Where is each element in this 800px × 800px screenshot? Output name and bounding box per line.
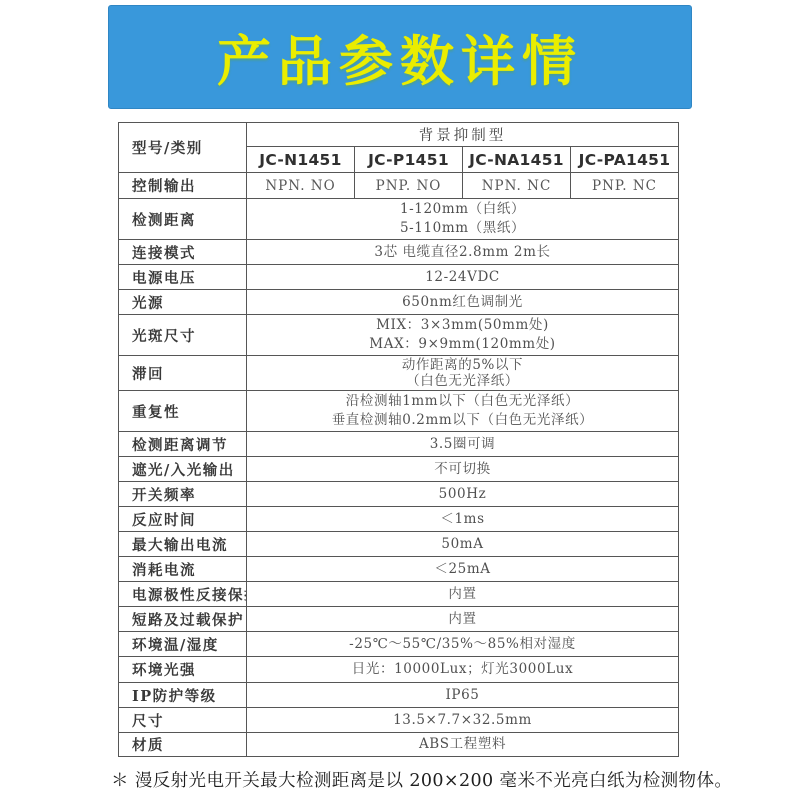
spec-value-cell: 650nm红色调制光	[247, 290, 679, 315]
spec-value-line: 垂直检测轴0.2mm以下（白色无光泽纸）	[251, 411, 674, 430]
spec-value-cell: 50mA	[247, 532, 679, 557]
spec-value-cell: 动作距离的5%以下 （白色无光泽纸）	[247, 356, 679, 391]
spec-value-line: 1-120mm（白纸）	[251, 200, 674, 219]
spec-label-cell: 光斑尺寸	[119, 315, 247, 356]
model-name-cell: JC-NA1451	[463, 147, 571, 173]
spec-value-cell: ABS工程塑料	[247, 733, 679, 757]
spec-value-line: 内置	[251, 585, 674, 604]
spec-value-line: 不可切换	[251, 460, 674, 479]
spec-value-line: 沿检测轴1mm以下（白色无光泽纸）	[251, 392, 674, 411]
spec-value-line: MIX：3×3mm(50mm处)	[251, 316, 674, 335]
spec-label-cell: 材质	[119, 733, 247, 757]
spec-value-cell: 500Hz	[247, 482, 679, 507]
spec-label-cell: 控制输出	[119, 173, 247, 199]
spec-value-cell: 沿检测轴1mm以下（白色无光泽纸） 垂直检测轴0.2mm以下（白色无光泽纸）	[247, 391, 679, 432]
spec-label-cell: 尺寸	[119, 708, 247, 733]
spec-value-cell: 3芯 电缆直径2.8mm 2m长	[247, 240, 679, 265]
spec-label-cell: 光源	[119, 290, 247, 315]
spec-label-cell: 型号/类别	[119, 123, 247, 173]
spec-value-cell: ＜25mA	[247, 557, 679, 582]
spec-label-cell: 开关频率	[119, 482, 247, 507]
banner: 产品参数详情	[108, 5, 692, 109]
footnote-text: ＊ 漫反射光电开关最大检测距离是以 200×200 毫米不光亮白纸为检测物体。	[111, 771, 732, 791]
spec-value-cell: 日光：10000Lux；灯光3000Lux	[247, 657, 679, 683]
spec-label-cell: 反应时间	[119, 507, 247, 532]
spec-value-line: （白色无光泽纸）	[251, 373, 674, 389]
spec-label-cell: 环境温/湿度	[119, 632, 247, 657]
spec-label-cell: 电源电压	[119, 265, 247, 290]
spec-value-cell: 内置	[247, 607, 679, 632]
spec-value-line: 500Hz	[251, 485, 674, 504]
spec-value-cell: ＜1ms	[247, 507, 679, 532]
spec-label-cell: 重复性	[119, 391, 247, 432]
spec-label-cell: 连接模式	[119, 240, 247, 265]
spec-table: 型号/类别 背景抑制型 JC-N1451 JC-P1451 JC-NA1451 …	[118, 122, 679, 757]
spec-label-cell: 消耗电流	[119, 557, 247, 582]
spec-label-cell: 短路及过载保护	[119, 607, 247, 632]
spec-label-cell: 环境光强	[119, 657, 247, 683]
model-name-cell: JC-N1451	[247, 147, 355, 173]
spec-label-cell: 遮光/入光输出	[119, 457, 247, 482]
spec-value-cell: NPN. NC	[463, 173, 571, 199]
spec-value-cell: 3.5圈可调	[247, 432, 679, 457]
model-name-cell: JC-P1451	[355, 147, 463, 173]
spec-label-cell: 检测距离	[119, 199, 247, 240]
spec-value-line: 13.5×7.7×32.5mm	[251, 711, 674, 730]
spec-value-line: 5-110mm（黑纸）	[251, 219, 674, 238]
spec-value-line: MAX：9×9mm(120mm处)	[251, 335, 674, 354]
spec-value-line: 日光：10000Lux；灯光3000Lux	[251, 660, 674, 679]
spec-value-line: 650nm红色调制光	[251, 293, 674, 312]
spec-label-cell: 最大输出电流	[119, 532, 247, 557]
spec-value-line: 50mA	[251, 535, 674, 554]
spec-value-cell: PNP. NC	[571, 173, 679, 199]
spec-value-line: 3芯 电缆直径2.8mm 2m长	[251, 243, 674, 262]
spec-value-line: -25℃～55℃/35%～85%相对湿度	[251, 635, 674, 654]
spec-value-line: IP65	[251, 686, 674, 705]
spec-label-cell: IP防护等级	[119, 683, 247, 708]
spec-value-cell: PNP. NO	[355, 173, 463, 199]
spec-label-cell: 电源极性反接保护	[119, 582, 247, 607]
spec-value-line: 12-24VDC	[251, 268, 674, 287]
spec-value-line: ＜1ms	[251, 510, 674, 529]
spec-value-cell: IP65	[247, 683, 679, 708]
spec-value-cell: -25℃～55℃/35%～85%相对湿度	[247, 632, 679, 657]
model-category-cell: 背景抑制型	[247, 123, 679, 147]
spec-value-cell: 不可切换	[247, 457, 679, 482]
footnote: ＊ 漫反射光电开关最大检测距离是以 200×200 毫米不光亮白纸为检测物体。	[111, 767, 791, 792]
spec-value-line: 动作距离的5%以下	[251, 357, 674, 373]
spec-value-cell: 13.5×7.7×32.5mm	[247, 708, 679, 733]
spec-value-line: 内置	[251, 610, 674, 629]
spec-value-line: ＜25mA	[251, 560, 674, 579]
spec-value-cell: 内置	[247, 582, 679, 607]
spec-value-line: ABS工程塑料	[251, 735, 674, 754]
spec-value-line: 3.5圈可调	[251, 435, 674, 454]
spec-value-cell: MIX：3×3mm(50mm处) MAX：9×9mm(120mm处)	[247, 315, 679, 356]
model-name-cell: JC-PA1451	[571, 147, 679, 173]
banner-title: 产品参数详情	[217, 19, 583, 96]
spec-value-cell: 12-24VDC	[247, 265, 679, 290]
spec-label-cell: 检测距离调节	[119, 432, 247, 457]
spec-value-cell: 1-120mm（白纸） 5-110mm（黑纸）	[247, 199, 679, 240]
spec-label-cell: 滞回	[119, 356, 247, 391]
spec-value-cell: NPN. NO	[247, 173, 355, 199]
